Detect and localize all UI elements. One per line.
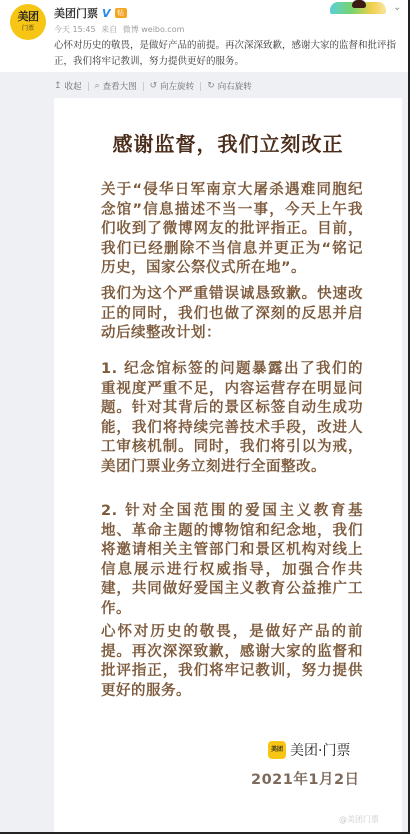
verified-icon: V <box>102 7 111 20</box>
card-decoration-icon <box>330 2 386 14</box>
rotate-left-label: 向左旋转 <box>160 80 194 92</box>
logo-text: 美团·门票 <box>290 740 350 760</box>
paragraph-4: 2. 针对全国范围的爱国主义教育基地、革命主题的博物馆和纪念地，我们将邀请相关主… <box>101 502 363 619</box>
author-row: 美团门票 V 钻 <box>54 5 127 21</box>
meituan-logo-icon: 美团 <box>268 741 286 759</box>
source-prefix: 来自 <box>101 25 117 34</box>
rotate-left-icon: ↺ <box>150 81 158 91</box>
media-card: ↥ 收起 ⌕ 查看大图 ↺ 向左旋转 ↻ 向右旋转 感谢监督，我们立刻改正 关于… <box>0 72 408 832</box>
avatar-main-text: 美团 <box>18 11 39 23</box>
post-time[interactable]: 今天 15:45 <box>54 25 96 34</box>
weibo-watermark: @美团门票 <box>339 814 379 825</box>
chevron-down-icon[interactable]: ⌄ <box>393 2 401 13</box>
rotate-right-label: 向右旋转 <box>218 80 252 92</box>
apology-image[interactable]: 感谢监督，我们立刻改正 关于“侵华日军南京大屠杀遇难同胞纪念馆”信息描述不当一事… <box>54 98 402 832</box>
image-toolbar: ↥ 收起 ⌕ 查看大图 ↺ 向左旋转 ↻ 向右旋转 <box>54 78 258 94</box>
post-meta: 今天 15:45 来自 微博 weibo.com <box>54 24 187 35</box>
signature-date: 2021年1月2日 <box>251 768 360 789</box>
rotate-right-icon: ↻ <box>207 81 215 91</box>
post-text: 心怀对历史的敬畏，是做好产品的前提。再次深深致歉，感谢大家的监督和批评指正，我们… <box>54 38 402 70</box>
collapse-button[interactable]: ↥ 收起 <box>54 80 88 92</box>
image-title: 感谢监督，我们立刻改正 <box>54 128 402 157</box>
paragraph-2: 我们为这个严重错误诚恳致歉。快速改正的同时，我们也做了深刻的反思并启动后续整改计… <box>101 285 363 344</box>
collapse-icon: ↥ <box>54 81 62 91</box>
avatar-sub-text: 门票 <box>22 25 34 33</box>
rotate-right-button[interactable]: ↻ 向右旋转 <box>201 80 258 92</box>
collapse-label: 收起 <box>65 80 82 92</box>
signature-logo: 美团 美团·门票 <box>268 740 350 760</box>
rotate-left-button[interactable]: ↺ 向左旋转 <box>144 80 201 92</box>
member-badge-icon: 钻 <box>115 8 127 18</box>
search-icon: ⌕ <box>95 81 100 91</box>
view-large-label: 查看大图 <box>103 80 137 92</box>
post-header: 美团 门票 美团门票 V 钻 今天 15:45 来自 微博 weibo.com … <box>0 0 408 72</box>
avatar[interactable]: 美团 门票 <box>10 4 46 40</box>
author-name[interactable]: 美团门票 <box>54 5 98 21</box>
paragraph-1: 关于“侵华日军南京大屠杀遇难同胞纪念馆”信息描述不当一事，今天上午我们收到了微博… <box>101 181 363 279</box>
view-large-button[interactable]: ⌕ 查看大图 <box>89 80 143 92</box>
paragraph-3: 1. 纪念馆标签的问题暴露出了我们的重视度严重不足，内容运营存在明显问题。针对其… <box>101 360 363 477</box>
paragraph-5: 心怀对历史的敬畏，是做好产品的前提。再次深深致歉，感谢大家的监督和批评指正，我们… <box>101 623 363 701</box>
post-source[interactable]: 微博 weibo.com <box>123 25 185 34</box>
weibo-post-window: 美团 门票 美团门票 V 钻 今天 15:45 来自 微博 weibo.com … <box>0 0 410 834</box>
